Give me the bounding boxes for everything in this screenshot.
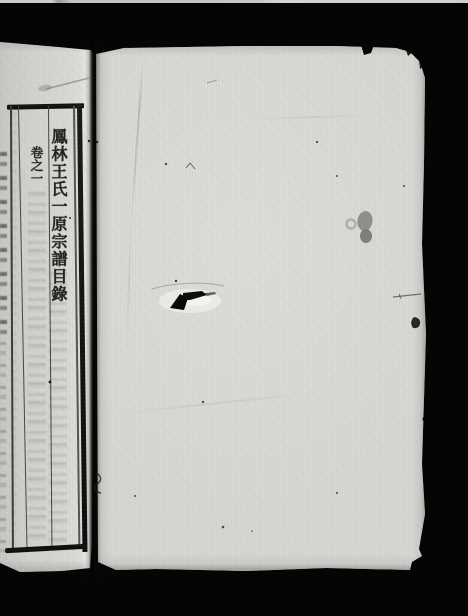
ink-bleedthrough: [28, 192, 46, 542]
frame-border-bottom: [5, 544, 87, 554]
scan-edge-artifact: [0, 0, 468, 3]
paper-crease: [130, 62, 143, 222]
cut-off-text-fragments: [0, 342, 6, 552]
cut-off-text-fragments: [0, 152, 7, 337]
book-gutter: [85, 40, 100, 577]
paper-crease: [246, 114, 381, 120]
paper-crease: [126, 214, 132, 349]
book-scan-image: 鳳林王氏一原宗譜目錄 卷之一: [0, 0, 468, 616]
column-rule-line: [18, 106, 28, 549]
right-page: [96, 44, 427, 572]
ink-bleedthrough: [11, 112, 17, 546]
left-page: 鳳林王氏一原宗譜目錄 卷之一: [0, 42, 94, 574]
volume-label: 卷之一: [29, 146, 44, 192]
page-title-vertical: 鳳林王氏一原宗譜目錄: [48, 128, 68, 320]
paper-crease: [111, 391, 325, 415]
